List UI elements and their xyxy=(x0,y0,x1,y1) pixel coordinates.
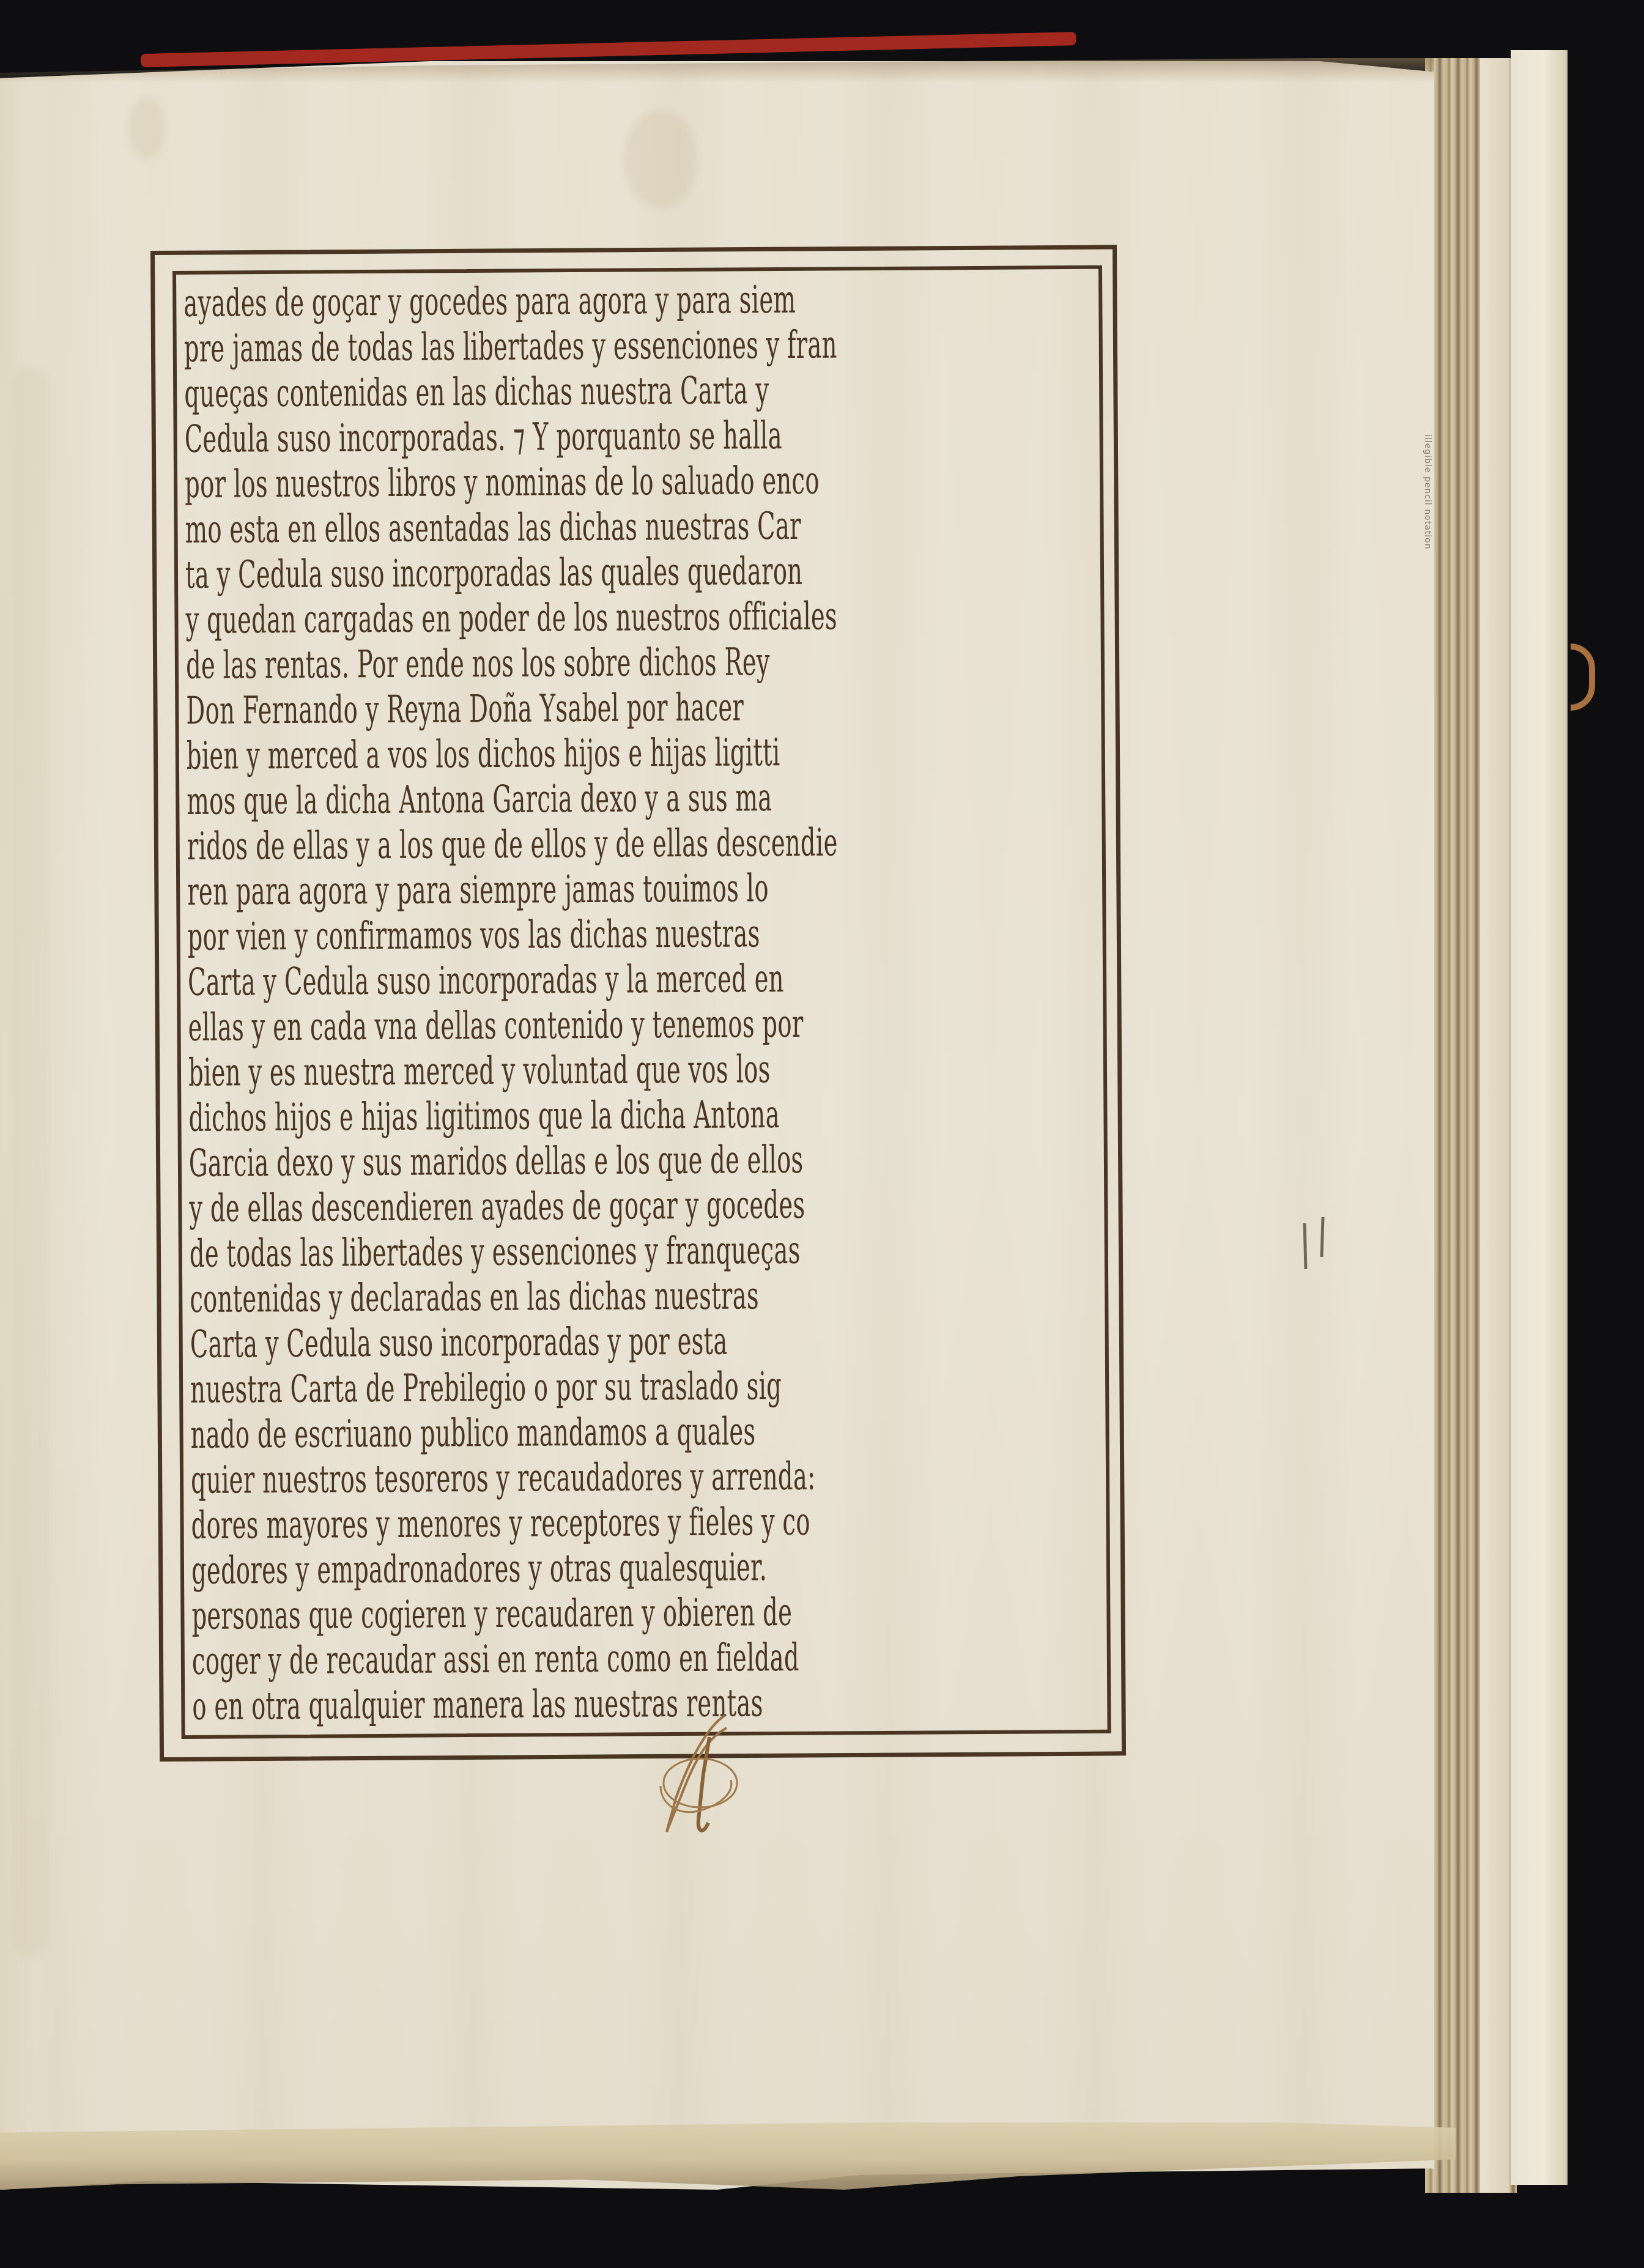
page-stack-highlight xyxy=(1480,58,1509,2193)
text-line: queças contenidas en las dichas nuestra … xyxy=(184,366,749,418)
text-line: mo esta en ellos asentadas las dichas nu… xyxy=(185,502,750,554)
text-line: gedores y empadronadores y otras qualesq… xyxy=(191,1543,757,1595)
text-line: y quedan cargadas en poder de los nuestr… xyxy=(185,592,750,645)
water-stain xyxy=(128,98,165,159)
text-line: pre jamas de todas las libertades y esse… xyxy=(184,321,749,373)
text-line: bien y merced a vos los dichos hijos e h… xyxy=(187,728,752,780)
gutter-shadow xyxy=(12,367,49,1957)
text-line: ridos de ellas y a los que de ellos y de… xyxy=(187,818,752,871)
binding-board xyxy=(1511,50,1568,2185)
manuscript-text-block: ayades de goçar y gocedes para agora y p… xyxy=(183,259,1103,1714)
text-line: mos que la dicha Antona Garcia dexo y a … xyxy=(187,773,752,826)
text-line: Carta y Cedula suso incorporadas y la me… xyxy=(188,954,753,1007)
text-line: contenidas y declaradas en las dichas nu… xyxy=(190,1271,755,1324)
text-line: de las rentas. Por ende nos los sobre di… xyxy=(186,637,751,690)
text-line: quier nuestros tesoreros y recaudadores … xyxy=(191,1452,756,1505)
text-line: coger y de recaudar assi en renta como e… xyxy=(192,1633,757,1686)
text-line: nado de escriuano publico mandamos a qua… xyxy=(190,1407,755,1459)
text-line: personas que cogieren y recaudaren y obi… xyxy=(191,1588,757,1640)
text-line: Cedula suso incorporadas. ⁊ Y porquanto … xyxy=(185,411,750,464)
text-line: bien y es nuestra merced y voluntad que … xyxy=(188,1045,754,1097)
text-line: dores mayores y menores y receptores y f… xyxy=(191,1497,756,1550)
spine-pencil-note: illegible pencil notation xyxy=(1423,434,1432,550)
text-line: por vien y confirmamos vos las dichas nu… xyxy=(187,909,752,962)
text-line: y de ellas descendieren ayades de goçar … xyxy=(189,1180,754,1233)
text-line: ta y Cedula suso incorporadas las quales… xyxy=(185,547,750,599)
text-line: nuestra Carta de Prebilegio o por su tra… xyxy=(190,1362,755,1414)
text-line: ayades de goçar y gocedes para agora y p… xyxy=(183,275,749,328)
text-line: Don Fernando y Reyna Doña Ysabel por hac… xyxy=(186,683,751,735)
text-line: de todas las libertades y essenciones y … xyxy=(190,1226,755,1278)
text-line: por los nuestros libros y nominas de lo … xyxy=(185,456,750,509)
text-line: Garcia dexo y sus maridos dellas e los q… xyxy=(189,1135,754,1188)
signature-flourish-icon xyxy=(642,1713,752,1847)
text-line: ellas y en cada vna dellas contenido y t… xyxy=(188,999,753,1052)
text-line: dichos hijos e hijas ligitimos que la di… xyxy=(188,1090,754,1143)
water-stain xyxy=(624,110,697,208)
text-line: ren para agora y para siempre jamas toui… xyxy=(187,864,752,916)
margin-double-stroke-icon xyxy=(1294,1214,1336,1275)
text-line: Carta y Cedula suso incorporadas y por e… xyxy=(190,1316,755,1369)
